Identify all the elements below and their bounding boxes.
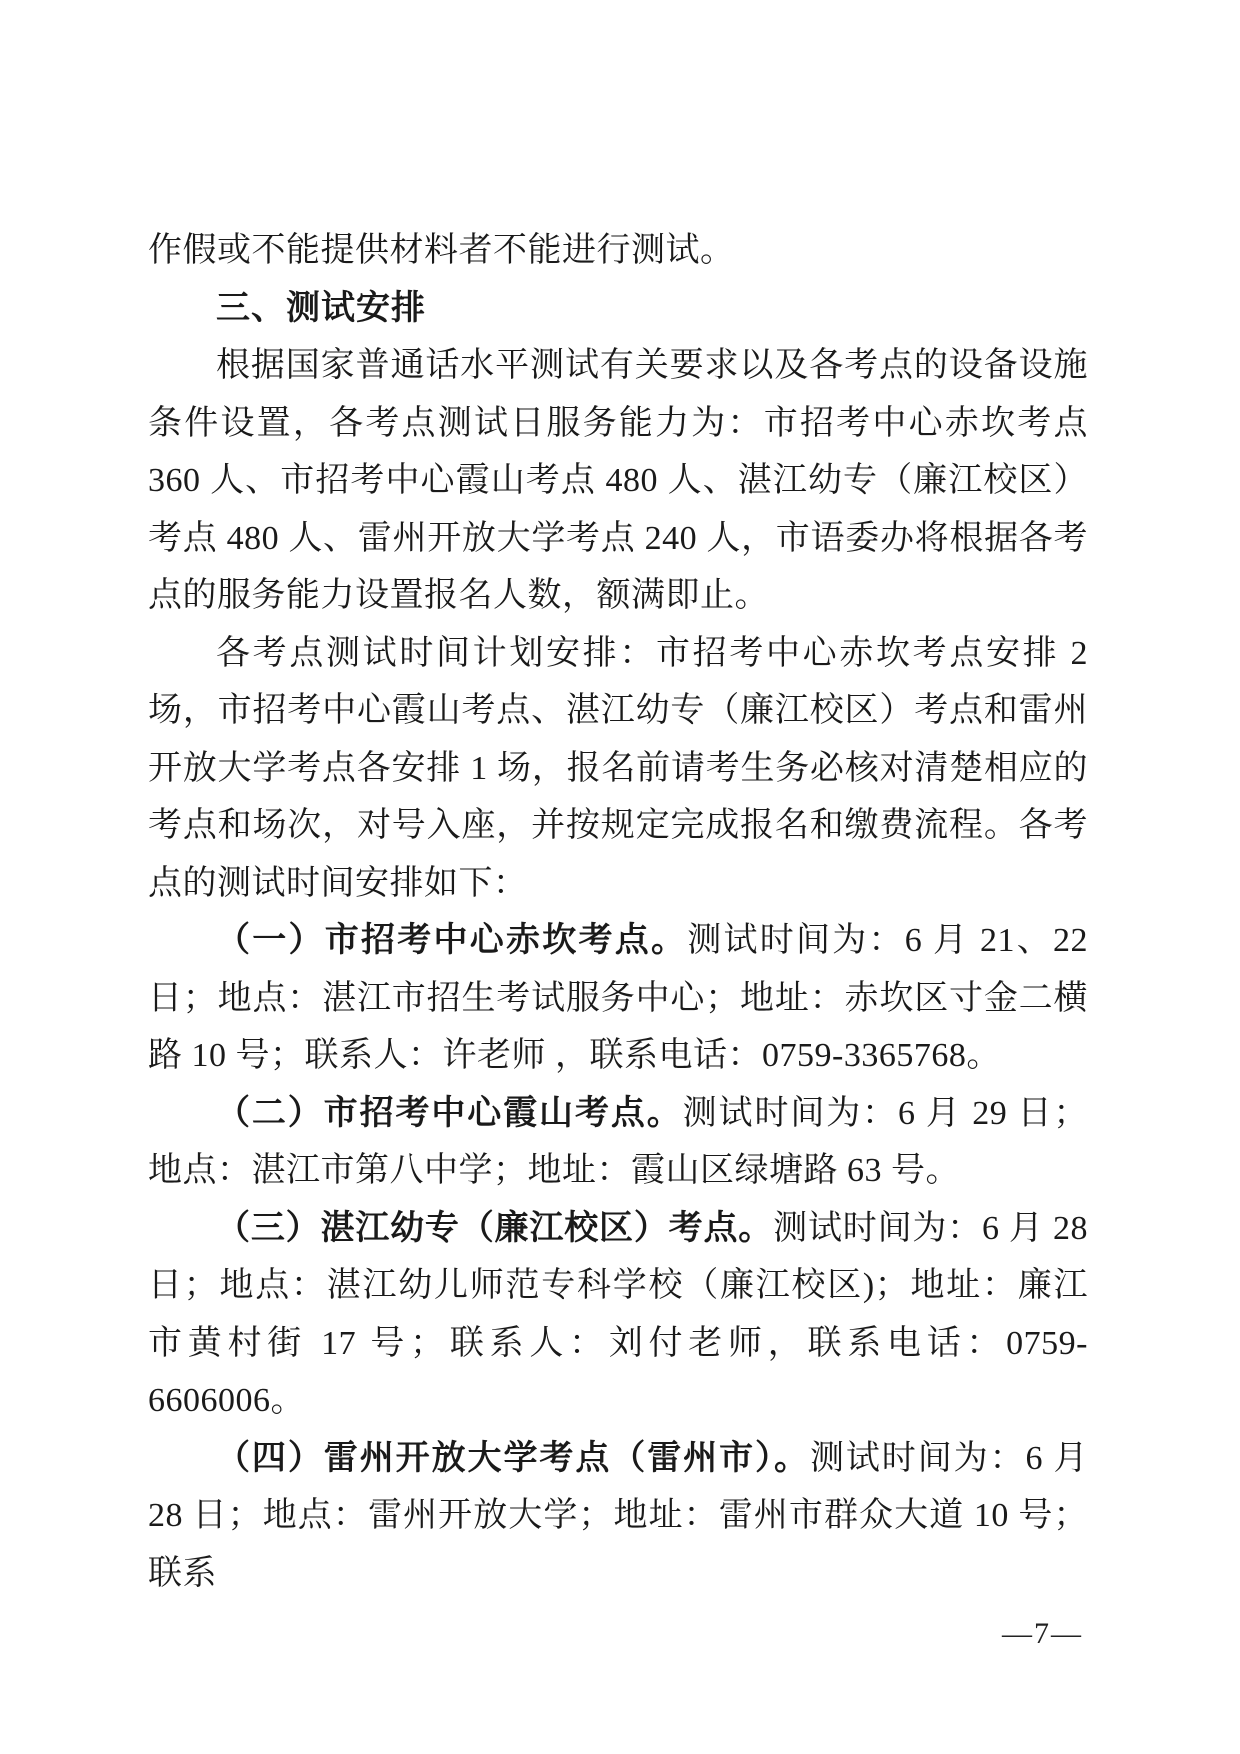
section-heading-test-arrangement: 三、测试安排 — [148, 280, 1088, 338]
venue-4-name: （四）雷州开放大学考点（雷州市）。 — [216, 1440, 810, 1477]
paragraph-schedule: 各考点测试时间计划安排：市招考中心赤坎考点安排 2 场，市招考中心霞山考点、湛江… — [148, 625, 1088, 913]
paragraph-venue-2: （二）市招考中心霞山考点。测试时间为：6 月 29 日；地点：湛江市第八中学；地… — [148, 1085, 1088, 1200]
venue-1-name: （一）市招考中心赤坎考点。 — [216, 922, 687, 959]
document-page: 作假或不能提供材料者不能进行测试。 三、测试安排 根据国家普通话水平测试有关要求… — [148, 222, 1088, 1602]
paragraph-venue-4: （四）雷州开放大学考点（雷州市）。测试时间为：6 月 28 日；地点：雷州开放大… — [148, 1430, 1088, 1603]
page-number: —7— — [1002, 1616, 1083, 1652]
paragraph-continuation: 作假或不能提供材料者不能进行测试。 — [148, 222, 1088, 280]
paragraph-capacity: 根据国家普通话水平测试有关要求以及各考点的设备设施条件设置，各考点测试日服务能力… — [148, 337, 1088, 625]
venue-2-name: （二）市招考中心霞山考点。 — [216, 1095, 683, 1132]
paragraph-venue-3: （三）湛江幼专（廉江校区）考点。测试时间为：6 月 28 日；地点：湛江幼儿师范… — [148, 1200, 1088, 1430]
venue-3-name: （三）湛江幼专（廉江校区）考点。 — [216, 1210, 773, 1247]
paragraph-venue-1: （一）市招考中心赤坎考点。测试时间为：6 月 21、22 日；地点：湛江市招生考… — [148, 912, 1088, 1085]
